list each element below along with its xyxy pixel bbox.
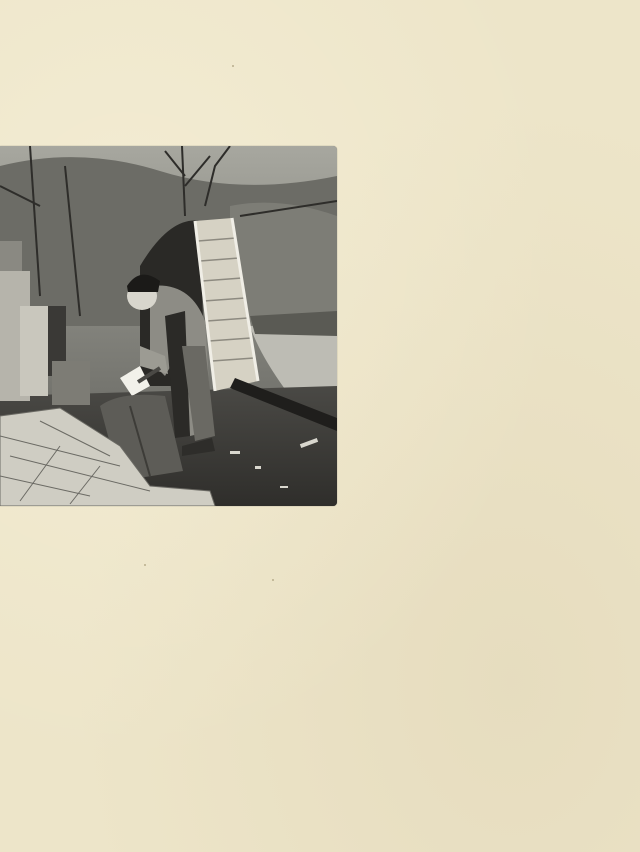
stump: [52, 361, 90, 405]
paper-speck: [144, 564, 146, 566]
paper-speck: [232, 65, 234, 67]
mounted-photograph: [0, 146, 337, 506]
paper-speck: [272, 579, 274, 581]
album-page: [0, 0, 640, 852]
photo-scene: [0, 146, 337, 506]
